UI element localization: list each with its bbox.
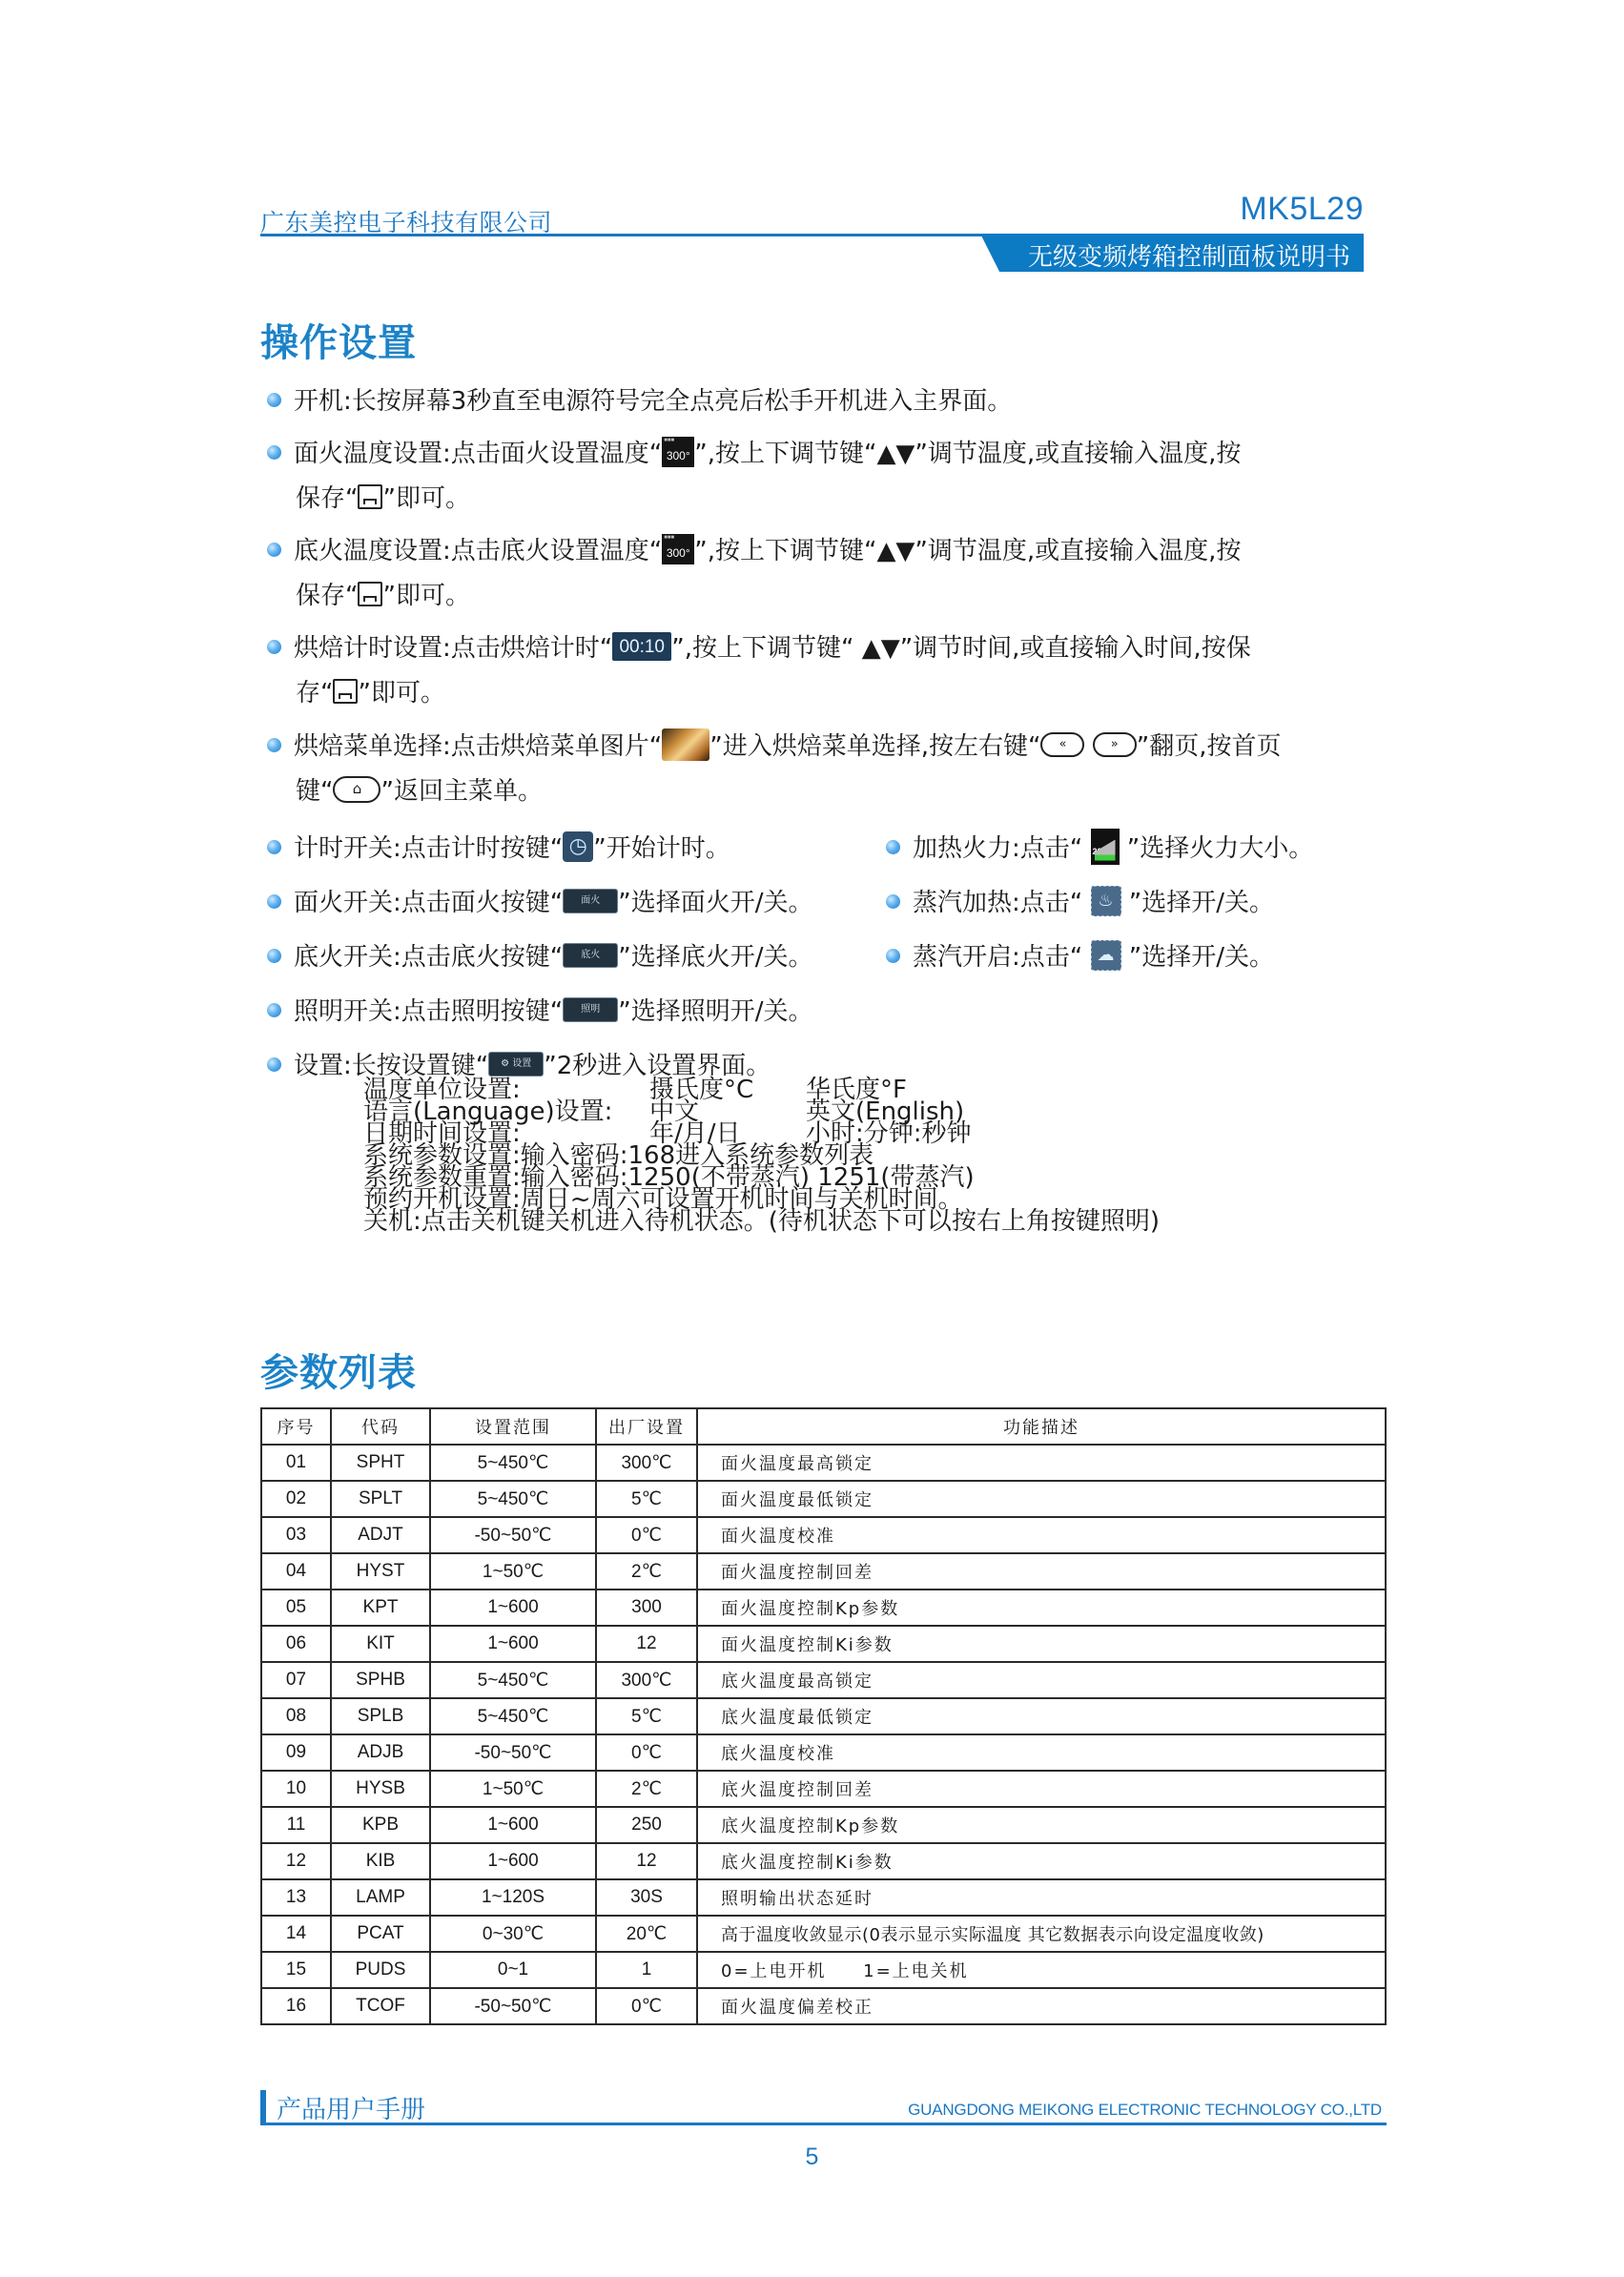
save-icon: [333, 679, 358, 704]
bullet-icon: [267, 1003, 281, 1017]
footer-divider: [260, 2123, 1387, 2125]
bullet-icon: [267, 949, 281, 963]
instruction-heat-power: 加热火力:点击“ 20% ”选择火力大小。: [886, 827, 1313, 872]
save-icon: [358, 484, 382, 509]
instruction-bake-menu: 烘焙菜单选择:点击烘焙菜单图片“”进入烘焙菜单选择,按左右键“« »”翻页,按首…: [267, 725, 1383, 814]
instruction-timer-switch: 计时开关:点击计时按键“◷”开始计时。: [267, 827, 730, 872]
previous-page-icon: «: [1040, 732, 1084, 757]
column-header: 代码: [331, 1408, 430, 1445]
table-row: 06KIT1~60012面火温度控制Ki参数: [261, 1626, 1386, 1662]
column-header: 功能描述: [697, 1408, 1386, 1445]
table-row: 13LAMP1~120S30S照明输出状态延时: [261, 1879, 1386, 1916]
bottom-heat-button-icon: 底火: [563, 943, 618, 968]
next-page-icon: »: [1093, 732, 1137, 757]
bullet-icon: [267, 738, 281, 752]
table-row: 02SPLT5~450℃5℃面火温度最低锁定: [261, 1481, 1386, 1517]
steam-heating-icon: ♨: [1091, 886, 1121, 916]
save-icon: [358, 582, 382, 606]
bread-menu-image-icon: [662, 728, 709, 761]
page-number: 5: [0, 2144, 1624, 2171]
table-row: 07SPHB5~450℃300℃底火温度最高锁定: [261, 1662, 1386, 1698]
table-row: 10HYSB1~50℃2℃底火温度控制回差: [261, 1771, 1386, 1807]
bullet-icon: [886, 949, 900, 963]
timer-display-icon: 00:10: [612, 632, 671, 661]
top-heat-button-icon: 面火: [563, 889, 618, 913]
footer-manual-label: 产品用户手册: [277, 2090, 425, 2125]
instruction-bottom-heat-temp: 底火温度设置:点击底火设置温度“■■■300°”,按上下调节键“▲▼”调节温度,…: [267, 529, 1383, 619]
instruction-bottom-heat-switch: 底火开关:点击底火按键“底火”选择底火开/关。: [267, 935, 812, 980]
instruction-power-on: 开机:长按屏幕3秒直至电源符号完全点亮后松手开机进入主界面。: [267, 379, 1383, 424]
table-row: 12KIB1~60012底火温度控制Ki参数: [261, 1843, 1386, 1879]
heat-power-level-icon: 20%: [1091, 829, 1120, 865]
bullet-icon: [267, 393, 281, 407]
instruction-steam-on: 蒸汽开启:点击“ ☁ ”选择开/关。: [886, 935, 1274, 980]
table-row: 16TCOF-50~50℃0℃面火温度偏差校正: [261, 1988, 1386, 2024]
doc-title-banner: 无级变频烤箱控制面板说明书: [980, 234, 1364, 272]
table-row: 08SPLB5~450℃5℃底火温度最低锁定: [261, 1698, 1386, 1734]
temperature-setting-icon: ■■■300°: [662, 437, 694, 467]
column-header: 出厂设置: [596, 1408, 697, 1445]
column-header: 设置范围: [430, 1408, 596, 1445]
setting-power-off: 关机:点击关机键关机进入待机状态。(待机状态下可以按右上角按键照明): [363, 1211, 1160, 1232]
section-title-parameters: 参数列表: [260, 1343, 417, 1397]
light-button-icon: 照明: [563, 997, 618, 1022]
table-row: 03ADJT-50~50℃0℃面火温度校准: [261, 1517, 1386, 1553]
section-title-operation: 操作设置: [260, 313, 417, 367]
home-icon: ⌂: [333, 776, 380, 803]
instruction-light-switch: 照明开关:点击照明按键“照明”选择照明开/关。: [267, 990, 812, 1035]
table-row: 11KPB1~600250底火温度控制Kp参数: [261, 1807, 1386, 1843]
table-header-row: 序号 代码 设置范围 出厂设置 功能描述: [261, 1408, 1386, 1445]
doc-title: 无级变频烤箱控制面板说明书: [1028, 237, 1350, 273]
temperature-setting-icon: ■■■300°: [662, 534, 694, 564]
bullet-icon: [886, 894, 900, 909]
bullet-icon: [267, 445, 281, 460]
bullet-icon: [267, 1057, 281, 1072]
bullet-icon: [267, 543, 281, 557]
column-header: 序号: [261, 1408, 331, 1445]
footer-company-english: GUANGDONG MEIKONG ELECTRONIC TECHNOLOGY …: [908, 2101, 1382, 2120]
table-row: 09ADJB-50~50℃0℃底火温度校准: [261, 1734, 1386, 1771]
table-row: 14PCAT0~30℃20℃高于温度收敛显示(0表示显示实际温度 其它数据表示向…: [261, 1916, 1386, 1952]
bullet-icon: [267, 894, 281, 909]
bullet-icon: [267, 840, 281, 854]
model-number: MK5L29: [1240, 191, 1364, 228]
settings-button-icon: ⚙ 设置: [488, 1052, 544, 1077]
instruction-bake-timer: 烘焙计时设置:点击烘焙计时“00:10”,按上下调节键“ ▲▼”调节时间,或直接…: [267, 626, 1383, 716]
table-row: 04HYST1~50℃2℃面火温度控制回差: [261, 1553, 1386, 1590]
instruction-top-heat-switch: 面火开关:点击面火按键“面火”选择面火开/关。: [267, 881, 812, 926]
footer-accent-bar: [260, 2090, 266, 2124]
alarm-clock-icon: ◷: [563, 831, 593, 862]
table-row: 05KPT1~600300面火温度控制Kp参数: [261, 1590, 1386, 1626]
instruction-steam-heating: 蒸汽加热:点击“ ♨ ”选择开/关。: [886, 881, 1274, 926]
table-row: 01SPHT5~450℃300℃面火温度最高锁定: [261, 1445, 1386, 1481]
steam-release-icon: ☁: [1091, 940, 1121, 971]
instruction-top-heat-temp: 面火温度设置:点击面火设置温度“■■■300°”,按上下调节键“▲▼”调节温度,…: [267, 432, 1383, 522]
parameter-table: 序号 代码 设置范围 出厂设置 功能描述 01SPHT5~450℃300℃面火温…: [260, 1407, 1387, 2025]
bullet-icon: [886, 840, 900, 854]
manual-page: 广东美控电子科技有限公司 MK5L29 无级变频烤箱控制面板说明书 操作设置 开…: [0, 0, 1624, 2277]
table-row: 15PUDS0~110=上电开机 1=上电关机: [261, 1952, 1386, 1988]
bullet-icon: [267, 640, 281, 654]
